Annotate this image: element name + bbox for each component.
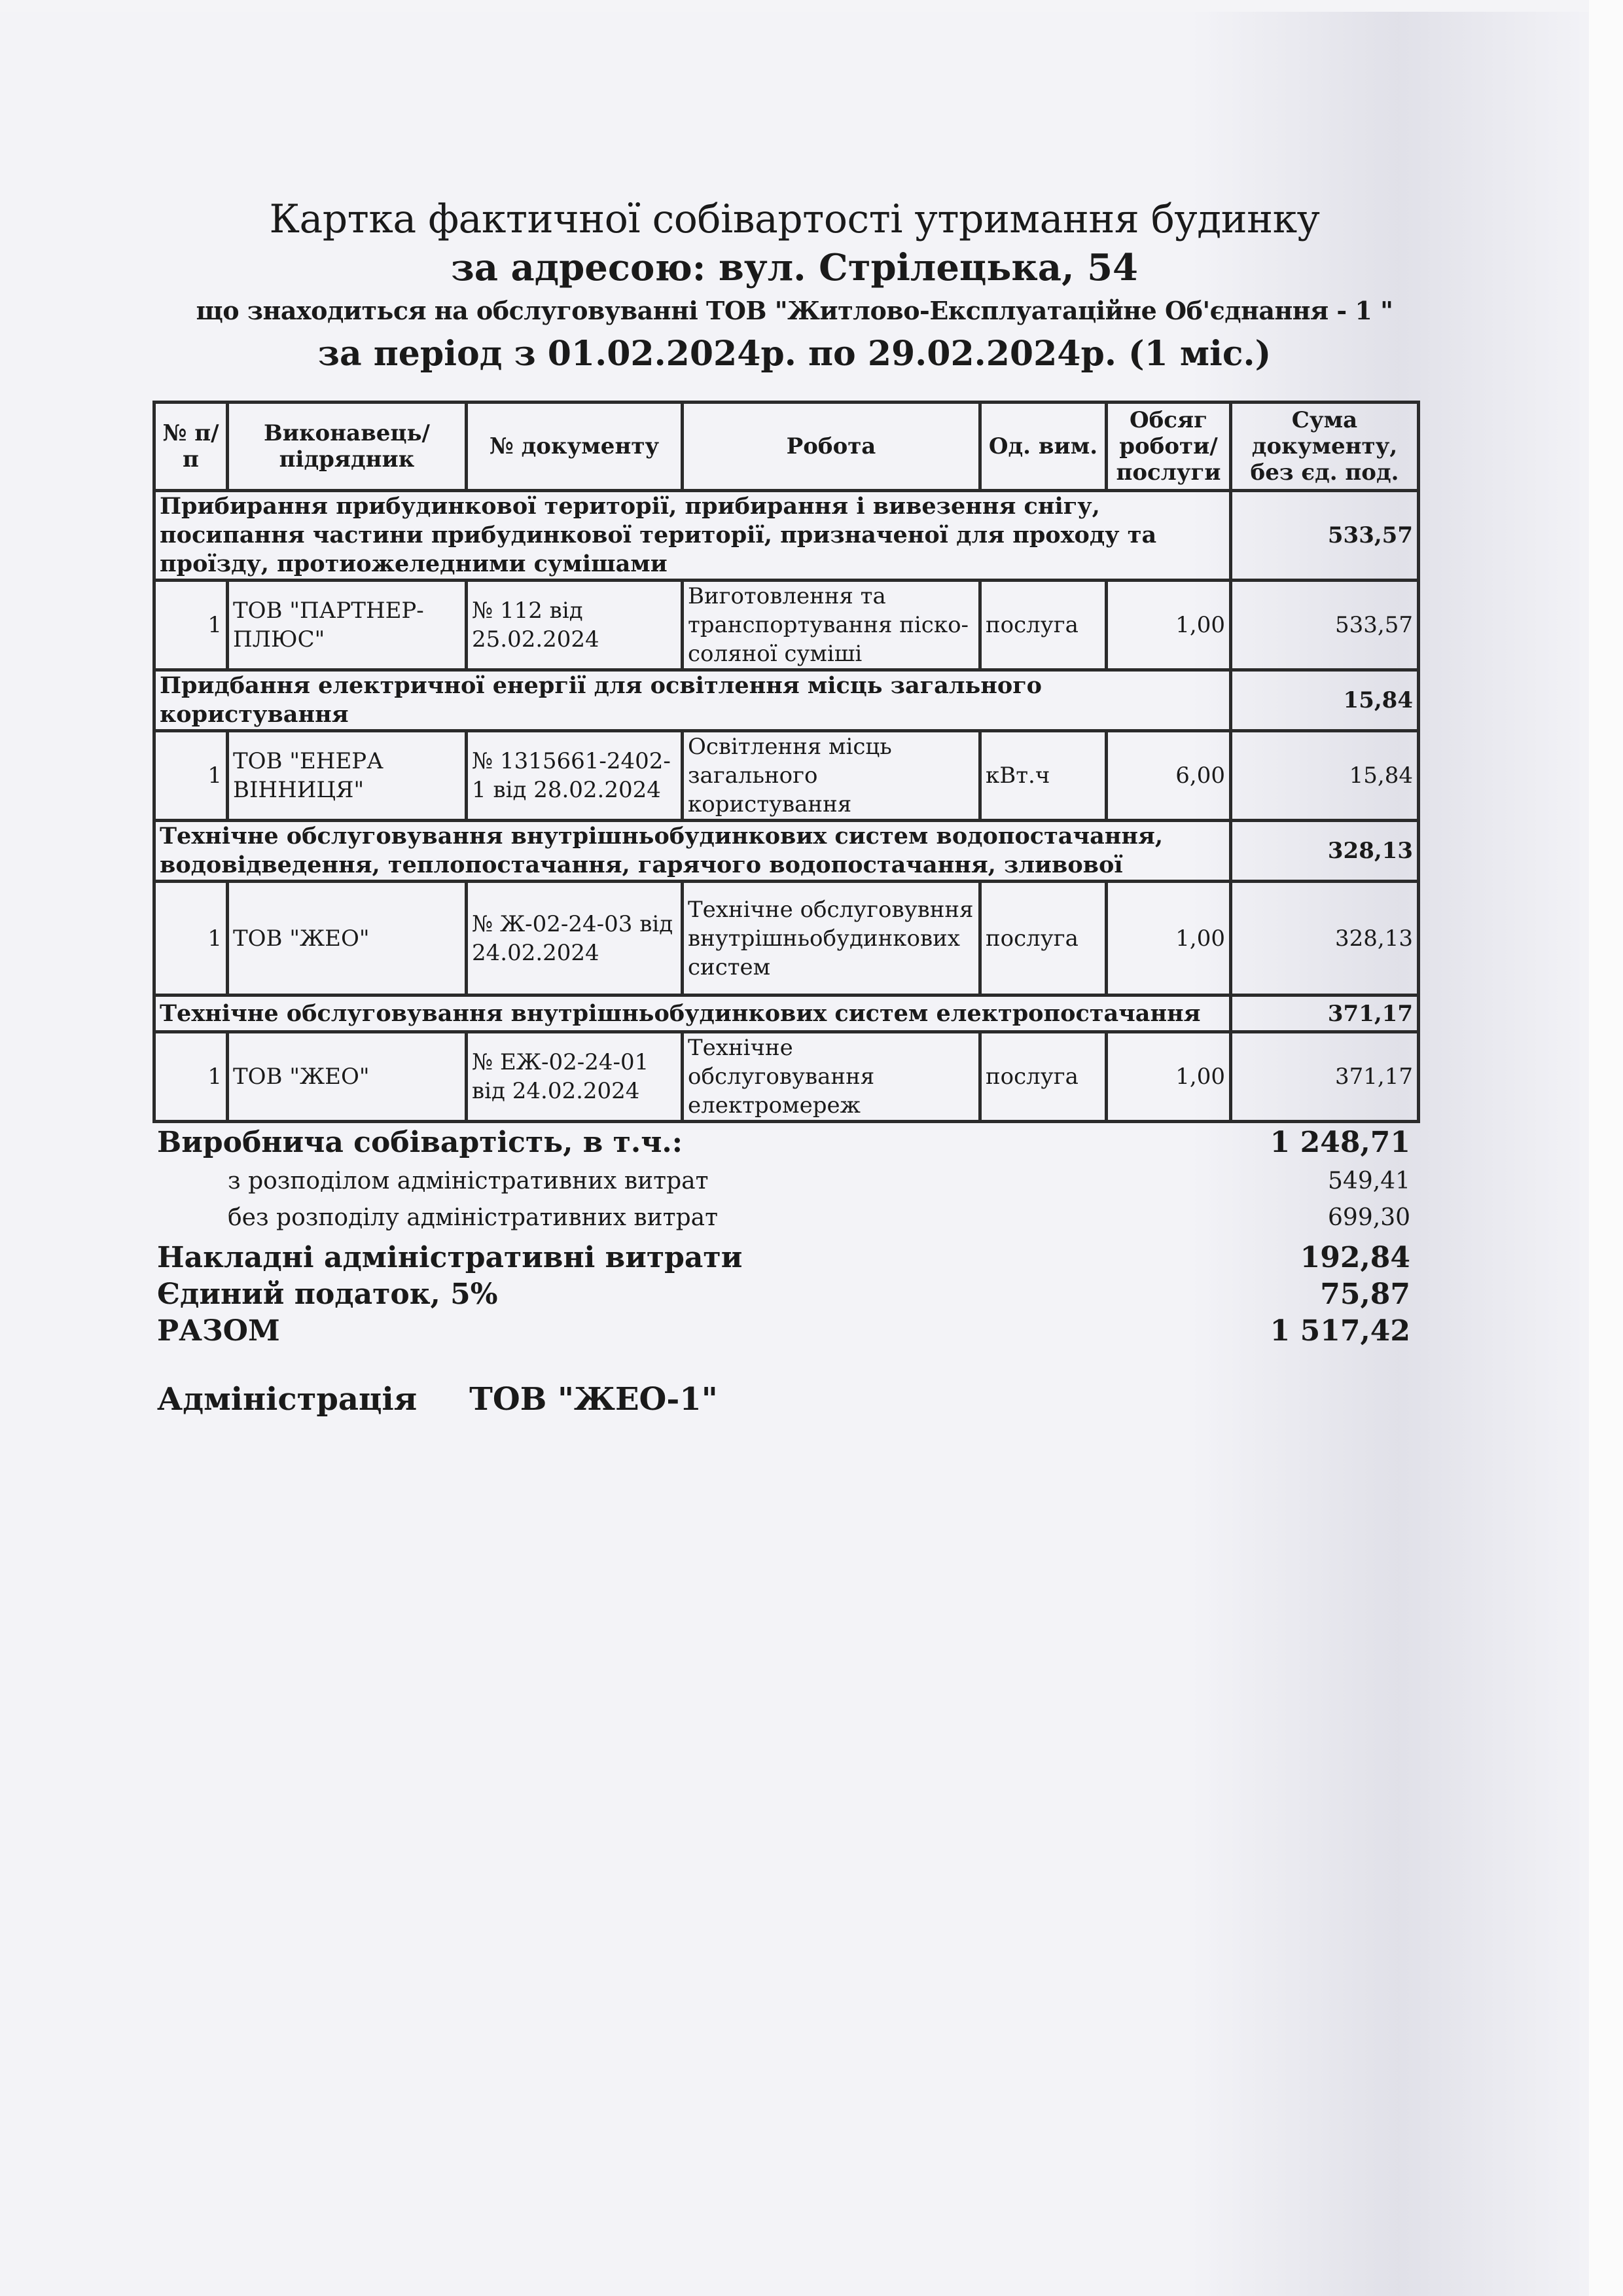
col-unit: Од. вим. <box>980 403 1107 491</box>
row-number: 1 <box>154 1032 228 1122</box>
col-amount: Сума документу, без єд. под. <box>1231 403 1419 491</box>
page-edge <box>1589 0 1623 2296</box>
row-contractor: ТОВ "ЖЕО" <box>228 882 467 996</box>
col-contractor: Виконавець/ підрядник <box>228 403 467 491</box>
summary-label: Накладні адміністративні витрати <box>157 1241 742 1274</box>
table-row: 1 ТОВ "ЖЕО" № Ж-02-24-03 від 24.02.2024 … <box>154 882 1419 996</box>
group-title: Технічне обслуговування внутрішньобудинк… <box>154 821 1231 882</box>
row-amount: 371,17 <box>1231 1032 1419 1122</box>
row-quantity: 1,00 <box>1107 882 1231 996</box>
group-row: Технічне обслуговування внутрішньобудинк… <box>154 821 1419 882</box>
row-number: 1 <box>154 731 228 821</box>
service-organization: що знаходиться на обслуговуванні ТОВ "Жи… <box>0 296 1589 325</box>
row-unit: кВт.ч <box>980 731 1107 821</box>
document-title: Картка фактичної собівартості утримання … <box>0 196 1589 242</box>
row-work: Технічне обслуговування електромереж <box>683 1032 980 1122</box>
signature-block: АдміністраціяТОВ "ЖЕО-1" <box>157 1381 718 1418</box>
summary-value: 1 517,42 <box>1270 1314 1410 1348</box>
summary-label: без розподілу адміністративних витрат <box>157 1204 718 1231</box>
row-quantity: 1,00 <box>1107 1032 1231 1122</box>
summary-without-admin: без розподілу адміністративних витрат 69… <box>157 1204 1410 1241</box>
summary-label: РАЗОМ <box>157 1314 280 1348</box>
signature-role: Адміністрація <box>157 1381 417 1418</box>
row-contractor: ТОВ "ЖЕО" <box>228 1032 467 1122</box>
row-work: Технічне обслуговувння внутрішньобудинко… <box>683 882 980 996</box>
row-unit: послуга <box>980 1032 1107 1122</box>
group-row: Технічне обслуговування внутрішньобудинк… <box>154 996 1419 1032</box>
table-header-row: № п/п Виконавець/ підрядник № документу … <box>154 403 1419 491</box>
summary-tax: Єдиний податок, 5% 75,87 <box>157 1278 1410 1314</box>
summary-production-cost: Виробнича собівартість, в т.ч.: 1 248,71 <box>157 1126 1410 1162</box>
table-row: 1 ТОВ "ЖЕО" № ЕЖ-02-24-01 від 24.02.2024… <box>154 1032 1419 1122</box>
summary-label: Єдиний податок, 5% <box>157 1278 498 1311</box>
row-number: 1 <box>154 882 228 996</box>
summary-value: 1 248,71 <box>1270 1126 1410 1159</box>
group-title: Прибирання прибудинкової території, приб… <box>154 491 1231 581</box>
summary-label: Виробнича собівартість, в т.ч.: <box>157 1126 683 1159</box>
row-amount: 533,57 <box>1231 581 1419 670</box>
group-sum: 371,17 <box>1231 996 1419 1032</box>
group-sum: 15,84 <box>1231 670 1419 731</box>
row-document: № Ж-02-24-03 від 24.02.2024 <box>467 882 683 996</box>
col-document: № документу <box>467 403 683 491</box>
group-title: Технічне обслуговування внутрішньобудинк… <box>154 996 1231 1032</box>
summary-value: 75,87 <box>1320 1278 1410 1311</box>
group-title: Придбання електричної енергії для освітл… <box>154 670 1231 731</box>
row-quantity: 6,00 <box>1107 731 1231 821</box>
summary-total: РАЗОМ 1 517,42 <box>157 1314 1410 1351</box>
row-document: № 112 від 25.02.2024 <box>467 581 683 670</box>
row-work: Освітлення місць загального користування <box>683 731 980 821</box>
row-unit: послуга <box>980 882 1107 996</box>
summary-overhead: Накладні адміністративні витрати 192,84 <box>157 1241 1410 1278</box>
table-row: 1 ТОВ "ЕНЕРА ВІННИЦЯ" № 1315661-2402-1 в… <box>154 731 1419 821</box>
group-sum: 328,13 <box>1231 821 1419 882</box>
row-work: Виготовлення та транспортування піско-со… <box>683 581 980 670</box>
group-row: Придбання електричної енергії для освітл… <box>154 670 1419 731</box>
summary-value: 549,41 <box>1328 1168 1410 1194</box>
signature-org: ТОВ "ЖЕО-1" <box>469 1381 718 1418</box>
group-row: Прибирання прибудинкової території, приб… <box>154 491 1419 581</box>
cost-table: № п/п Виконавець/ підрядник № документу … <box>152 401 1420 1123</box>
row-document: № ЕЖ-02-24-01 від 24.02.2024 <box>467 1032 683 1122</box>
col-number: № п/п <box>154 403 228 491</box>
col-quantity: Обсяг роботи/ послуги <box>1107 403 1231 491</box>
summary-value: 699,30 <box>1328 1204 1410 1231</box>
row-contractor: ТОВ "ЕНЕРА ВІННИЦЯ" <box>228 731 467 821</box>
row-unit: послуга <box>980 581 1107 670</box>
row-quantity: 1,00 <box>1107 581 1231 670</box>
reporting-period: за період з 01.02.2024р. по 29.02.2024р.… <box>0 334 1589 374</box>
row-document: № 1315661-2402-1 від 28.02.2024 <box>467 731 683 821</box>
table-row: 1 ТОВ "ПАРТНЕР-ПЛЮС" № 112 від 25.02.202… <box>154 581 1419 670</box>
col-work: Робота <box>683 403 980 491</box>
summary-value: 192,84 <box>1300 1241 1410 1274</box>
row-contractor: ТОВ "ПАРТНЕР-ПЛЮС" <box>228 581 467 670</box>
row-amount: 15,84 <box>1231 731 1419 821</box>
summary-with-admin: з розподілом адміністративних витрат 549… <box>157 1168 1410 1204</box>
row-amount: 328,13 <box>1231 882 1419 996</box>
row-number: 1 <box>154 581 228 670</box>
summary-label: з розподілом адміністративних витрат <box>157 1168 709 1194</box>
group-sum: 533,57 <box>1231 491 1419 581</box>
document-address: за адресою: вул. Стрілецька, 54 <box>0 246 1589 289</box>
